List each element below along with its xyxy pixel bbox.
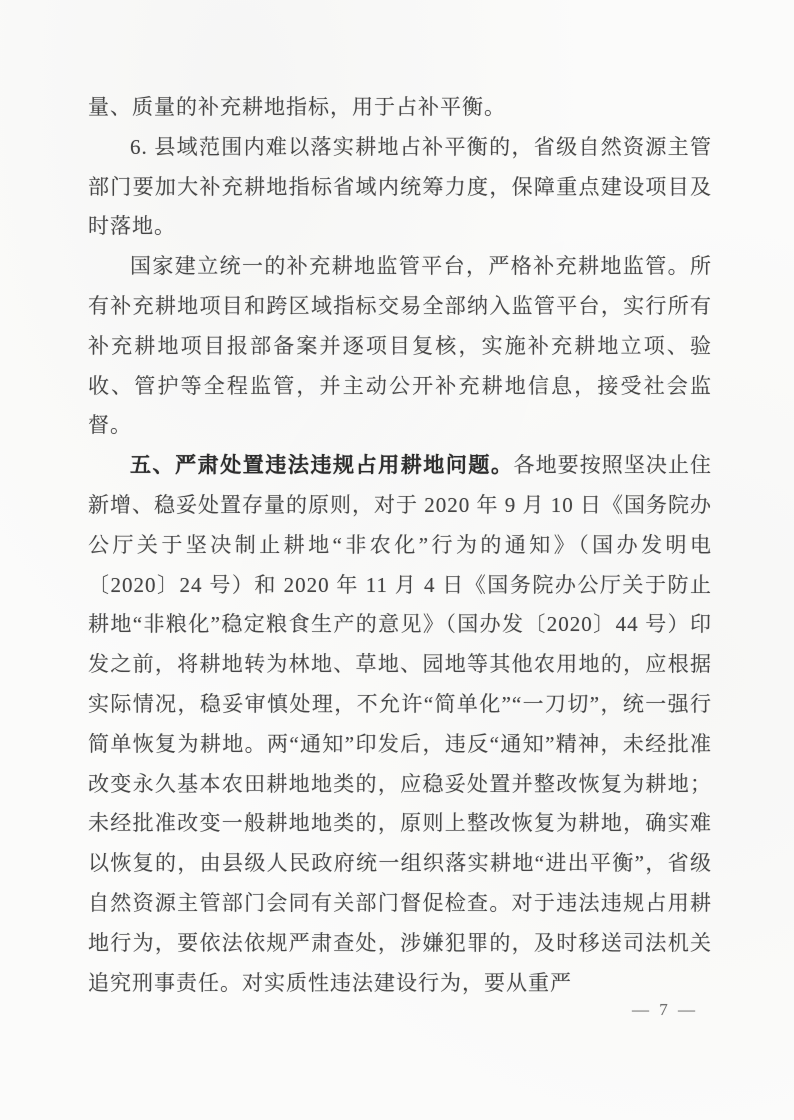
document-page: 量、质量的补充耕地指标，用于占补平衡。 6. 县域范围内难以落实耕地占补平衡的，…	[0, 0, 794, 1120]
page-number: — 7 —	[632, 998, 698, 1022]
paragraph-section-five: 五、严肃处置违法违规占用耕地问题。各地要按照坚决止住新增、稳妥处置存量的原则，对…	[88, 446, 712, 1003]
document-body: 量、质量的补充耕地指标，用于占补平衡。 6. 县域范围内难以落实耕地占补平衡的，…	[88, 88, 712, 1003]
paragraph-carryover: 量、质量的补充耕地指标，用于占补平衡。	[88, 88, 712, 128]
section-five-body: 各地要按照坚决止住新增、稳妥处置存量的原则，对于 2020 年 9 月 10 日…	[88, 453, 712, 994]
section-five-heading: 五、严肃处置违法违规占用耕地问题。	[130, 454, 514, 477]
paragraph-supervision-platform: 国家建立统一的补充耕地监管平台，严格补充耕地监管。所有补充耕地项目和跨区域指标交…	[88, 247, 712, 446]
paragraph-item-6: 6. 县域范围内难以落实耕地占补平衡的，省级自然资源主管部门要加大补充耕地指标省…	[88, 128, 712, 247]
